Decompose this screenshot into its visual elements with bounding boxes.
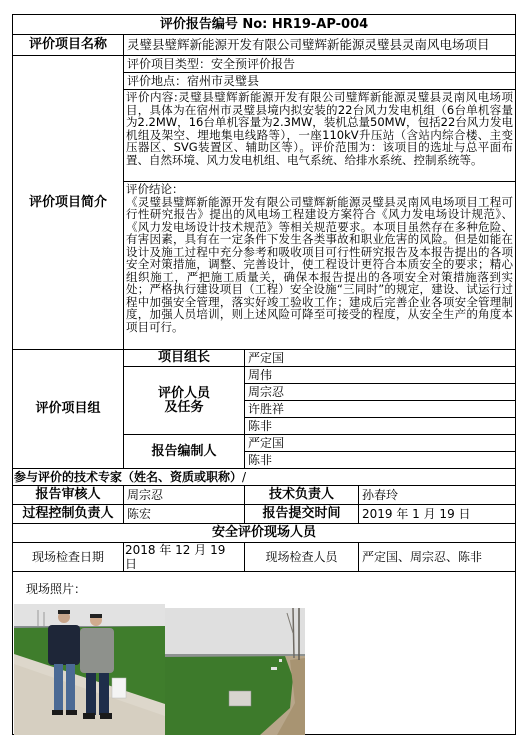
technical-experts-value: / <box>242 470 246 484</box>
conclusion-title: 评价结论： <box>126 183 513 196</box>
submit-date-value: 2019 年 1 月 19 日 <box>359 505 516 524</box>
process-control-value: 陈宏 <box>124 505 245 524</box>
site-inspectors-label: 现场检查人员 <box>245 543 359 572</box>
team-leader-name: 严定国 <box>245 350 516 367</box>
team-member-name: 陈非 <box>245 418 516 435</box>
site-photo-inspectors <box>14 604 165 735</box>
project-name-label: 评价项目名称 <box>13 35 124 56</box>
technical-lead-value: 孙春玲 <box>359 486 516 505</box>
team-member-name: 许胜祥 <box>245 401 516 418</box>
conclusion-text: 《灵璧县璧辉新能源开发有限公司璧辉新能源灵璧县灵南风电场项目工程可行性研究报告》… <box>126 196 513 334</box>
report-reviewer-value: 周宗忍 <box>124 486 245 505</box>
report-writer-name: 严定国 <box>245 435 516 452</box>
project-location: 评价地点：宿州市灵璧县 <box>124 73 516 90</box>
site-personnel-title: 安全评价现场人员 <box>13 524 516 543</box>
report-number-title: 评价报告编号 No: HR19-AP-004 <box>13 15 516 35</box>
site-inspectors-value: 严定国、周宗忍、陈非 <box>359 543 516 572</box>
project-content: 评价内容:灵璧县璧辉新能源开发有限公司璧辉新能源灵璧县灵南风电场项目，具体为在宿… <box>124 90 516 182</box>
site-inspection-date-value: 2018 年 12 月 19 日 <box>124 543 245 572</box>
photo-field-image <box>165 608 305 735</box>
report-reviewer-label: 报告审核人 <box>13 486 124 505</box>
report-writer-name: 陈非 <box>245 452 516 469</box>
team-member-name: 周伟 <box>245 367 516 384</box>
submit-date-label: 报告提交时间 <box>245 505 359 524</box>
project-team-label: 评价项目组 <box>13 350 124 469</box>
team-members-label-line2: 及任务 <box>127 401 241 415</box>
project-type: 评价项目类型：安全预评价报告 <box>124 56 516 73</box>
process-control-label: 过程控制负责人 <box>13 505 124 524</box>
team-members-label-line1: 评价人员 <box>127 387 241 401</box>
team-leader-label: 项目组长 <box>124 350 245 367</box>
site-photos-label: 现场照片： <box>26 582 515 596</box>
report-writers-label: 报告编制人 <box>124 435 245 469</box>
site-inspection-date-label: 现场检查日期 <box>13 543 124 572</box>
technical-experts-label: 参与评价的技术专家（姓名、资质或职称） <box>14 470 242 484</box>
technical-lead-label: 技术负责人 <box>245 486 359 505</box>
project-summary-label: 评价项目简介 <box>13 56 124 350</box>
project-conclusion: 评价结论： 《灵璧县璧辉新能源开发有限公司璧辉新能源灵璧县灵南风电场项目工程可行… <box>124 182 516 350</box>
team-member-name: 周宗忍 <box>245 384 516 401</box>
team-members-label: 评价人员 及任务 <box>124 367 245 435</box>
project-name-value: 灵璧县璧辉新能源开发有限公司璧辉新能源灵璧县灵南风电场项目 <box>124 35 516 56</box>
photo-inspectors-image <box>14 604 165 735</box>
site-photo-field <box>165 608 305 735</box>
technical-experts-row: 参与评价的技术专家（姓名、资质或职称）/ <box>13 469 516 486</box>
